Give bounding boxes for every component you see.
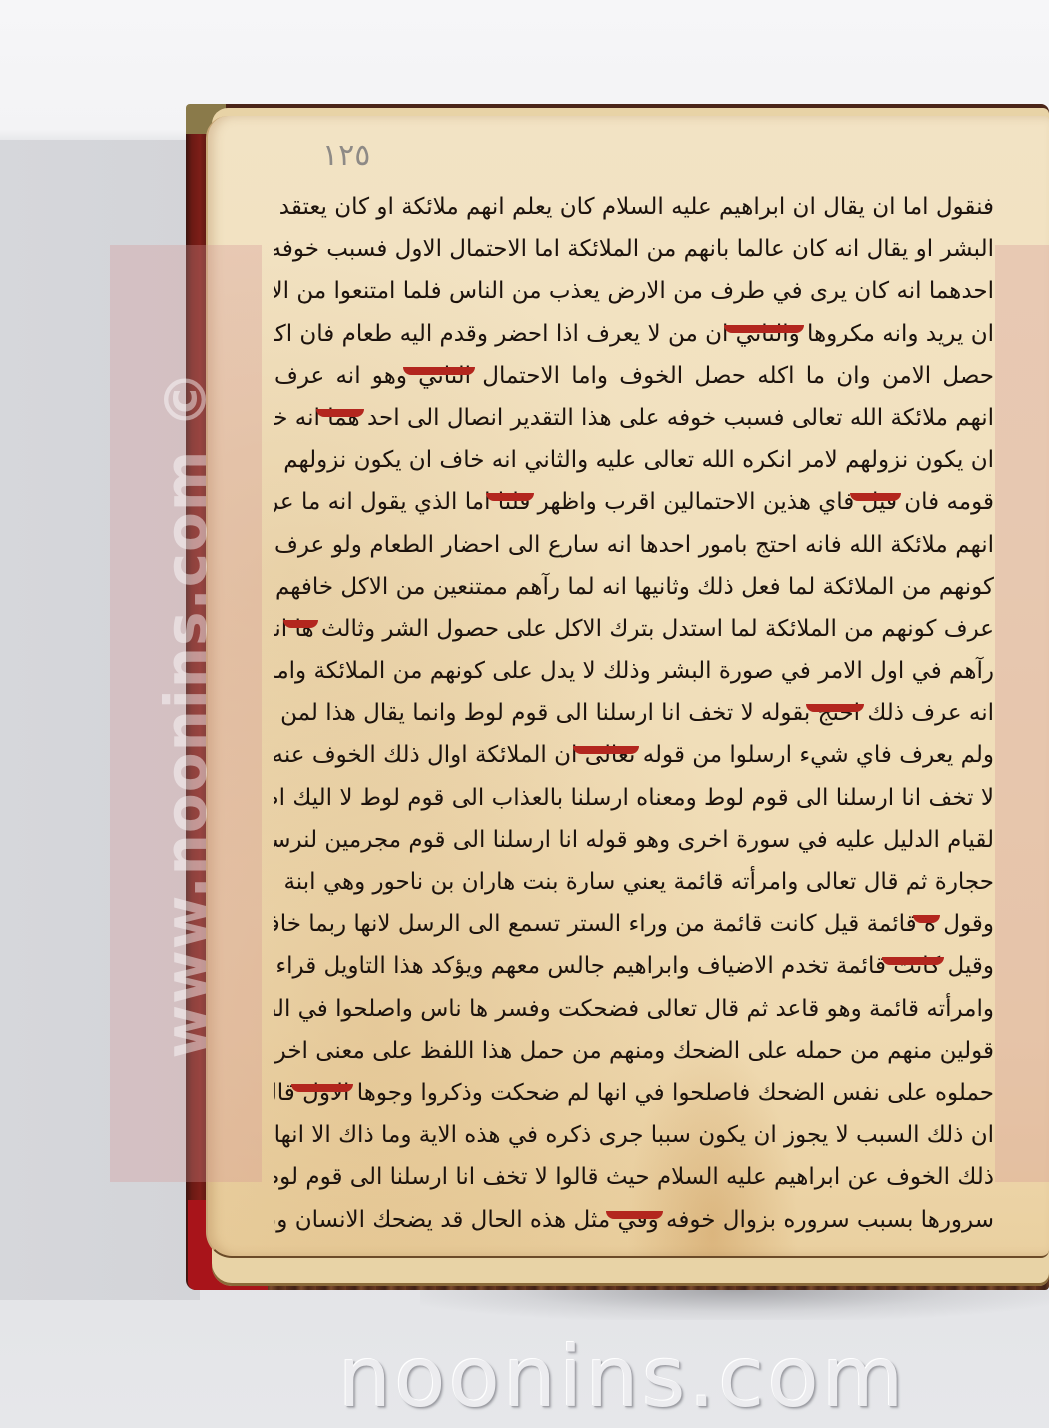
manuscript-line: كونهم من الملائكة لما فعل ذلك وثانيها ان…: [274, 566, 994, 608]
line-text: البشر او يقال انه كان عالما بانهم من الم…: [274, 236, 994, 262]
line-text: حجارة ثم قال تعالى وامرأته قائمة يعني سا…: [274, 869, 994, 895]
line-text: قائمة قيل كانت قائمة من وراء الستر تسمع …: [274, 911, 917, 937]
line-text: ذلك الخوف عن ابراهيم عليه السلام حيث قال…: [274, 1164, 994, 1190]
manuscript-line: انهم ملائكة الله فانه احتج بامور احدها ا…: [274, 524, 994, 566]
manuscript-line: قولين منهم من حمله على الضحك ومنهم من حم…: [274, 1030, 994, 1072]
line-text: وقيل: [940, 953, 994, 979]
rubricated-word: احتج: [810, 700, 860, 726]
line-text: لا تخف انا ارسلنا الى قوم لوط ومعناه ارس…: [274, 785, 994, 811]
manuscript-line: قومه فان قيل فاي هذين الاحتمالين اقرب وا…: [274, 481, 994, 523]
rubricated-word: كانت: [886, 953, 940, 979]
manuscript-line: وقيل كانت قائمة تخدم الاضياف وابراهيم جا…: [274, 945, 994, 987]
line-text: رآهم في اول الامر في صورة البشر وذلك لا …: [274, 658, 994, 684]
line-text: وقول: [936, 911, 994, 937]
rubricated-word: والثاني: [728, 321, 799, 347]
manuscript-line: حملوه على نفس الضحك فاصلحوا في انها لم ض…: [274, 1072, 994, 1114]
line-text: لقيام الدليل عليه في سورة اخرى وهو قوله …: [274, 827, 994, 853]
rubricated-word: قلنا: [490, 489, 530, 515]
manuscript-line: انهم ملائكة الله تعالى فسبب خوفه على هذا…: [274, 397, 994, 439]
line-text: قائمة تخدم الاضياف وابراهيم جالس معهم وي…: [274, 953, 886, 979]
manuscript-line: سرورها بسبب سروره بزوال خوفه وفي مثل هذه…: [274, 1199, 994, 1241]
watermark-panel-right: [995, 245, 1049, 1182]
manuscript-line: حجارة ثم قال تعالى وامرأته قائمة يعني سا…: [274, 861, 994, 903]
line-text: عرف كونهم من الملائكة لما استدل بترك الا…: [314, 616, 994, 642]
line-text: انه خاف: [274, 405, 320, 431]
line-text: فنقول اما ان يقال ان ابراهيم عليه السلام…: [274, 194, 994, 220]
line-text: قولين منهم من حمله على الضحك ومنهم من حم…: [274, 1038, 994, 1064]
line-text: وهو انه عرف: [274, 363, 407, 389]
line-text: سرورها بسبب سروره بزوال خوفه: [659, 1207, 994, 1233]
manuscript-line: فنقول اما ان يقال ان ابراهيم عليه السلام…: [274, 186, 994, 228]
line-text: ان ذلك السبب لا يجوز ان يكون سببا جرى ذك…: [274, 1122, 994, 1148]
line-text: انهم ملائكة الله فانه احتج بامور احدها ا…: [274, 532, 994, 558]
line-text: ان من لا يعرف اذا احضر وقدم اليه طعام فا…: [274, 321, 728, 347]
manuscript-line: وامرأته قائمة وهو قاعد ثم قال تعالى فضحك…: [274, 988, 994, 1030]
line-text: فاي هذين الاحتمالين اقرب واظهر: [530, 489, 854, 515]
rubricated-word: الثاني: [407, 363, 471, 389]
rubricated-word: هما: [320, 405, 360, 431]
line-text: احدهما انه كان يرى في طرف من الارض يعذب …: [274, 278, 994, 304]
manuscript-line: البشر او يقال انه كان عالما بانهم من الم…: [274, 228, 994, 270]
line-text: ان يريد وانه مكروها: [800, 321, 994, 347]
line-text: كونهم من الملائكة لما فعل ذلك وثانيها ان…: [274, 574, 994, 600]
rubricated-word: تعالى: [577, 742, 635, 768]
rubricated-word: وفي: [610, 1207, 659, 1233]
rubricated-word: قيل: [854, 489, 897, 515]
watermark-panel-left: www.noonins.com ©: [110, 245, 262, 1182]
line-text: بقوله لا تخف انا ارسلنا الى قوم لوط وانم…: [274, 700, 810, 726]
manuscript-line: انه عرف ذلك احتج بقوله لا تخف انا ارسلنا…: [274, 692, 994, 734]
manuscript-line: رآهم في اول الامر في صورة البشر وذلك لا …: [274, 650, 994, 692]
line-text: ولم يعرف فاي شيء ارسلوا من قوله: [635, 742, 994, 768]
manuscript-line: احدهما انه كان يرى في طرف من الارض يعذب …: [274, 270, 994, 312]
manuscript-line: ان ذلك السبب لا يجوز ان يكون سببا جرى ذك…: [274, 1114, 994, 1156]
watermark-bottom-text: noonins.com: [338, 1328, 907, 1426]
manuscript-line: وقول ه قائمة قيل كانت قائمة من وراء الست…: [274, 903, 994, 945]
line-text: وامرأته قائمة وهو قاعد ثم قال تعالى فضحك…: [274, 996, 994, 1022]
line-text: انهم ملائكة الله تعالى فسبب خوفه على هذا…: [360, 405, 994, 431]
manuscript-line: حصل الامن وان ما اكله حصل الخوف واما الا…: [274, 355, 994, 397]
manuscript-line: لا تخف انا ارسلنا الى قوم لوط ومعناه ارس…: [274, 777, 994, 819]
line-text: ان يكون نزولهم لامر انكره الله تعالى علي…: [274, 447, 994, 473]
manuscript-line: ان يريد وانه مكروها والثاني ان من لا يعر…: [274, 313, 994, 355]
line-text: حملوه على نفس الضحك فاصلحوا في انها لم ض…: [349, 1080, 994, 1106]
manuscript-line: لقيام الدليل عليه في سورة اخرى وهو قوله …: [274, 819, 994, 861]
watermark-side-text: www.noonins.com ©: [152, 369, 220, 1058]
line-text: قومه فان: [897, 489, 994, 515]
rubricated-word: الاول: [295, 1080, 350, 1106]
book-drop-shadow: [420, 1290, 1049, 1320]
line-text: حصل الامن وان ما اكله حصل الخوف واما الا…: [471, 363, 994, 389]
rubricated-word: ها: [287, 616, 313, 642]
manuscript-line: ان يكون نزولهم لامر انكره الله تعالى علي…: [274, 439, 994, 481]
manuscript-line: ذلك الخوف عن ابراهيم عليه السلام حيث قال…: [274, 1156, 994, 1198]
line-text: ان الملائكة اوال ذلك الخوف عنه فقال لهم: [274, 742, 577, 768]
folio-number: ١٢٥: [322, 138, 370, 173]
line-text: مثل هذه الحال قد يضحك الانسان وبالجملة: [274, 1207, 610, 1233]
line-text: انه عرف ذلك: [860, 700, 994, 726]
manuscript-text-block: فنقول اما ان يقال ان ابراهيم عليه السلام…: [274, 186, 994, 1241]
manuscript-line: عرف كونهم من الملائكة لما استدل بترك الا…: [274, 608, 994, 650]
rubricated-word: ه: [917, 911, 936, 937]
manuscript-line: ولم يعرف فاي شيء ارسلوا من قوله تعالى ان…: [274, 734, 994, 776]
line-text: اما الذي يقول انه ما عرف: [274, 489, 490, 515]
